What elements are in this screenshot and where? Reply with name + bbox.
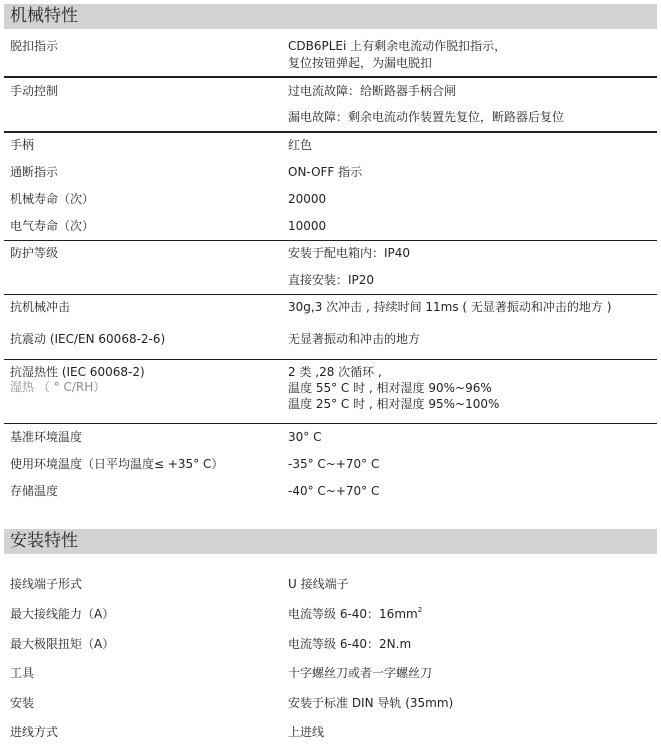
value-manual-control-line2: 漏电故障：剩余电流动作装置先复位，断路器后复位 — [288, 109, 564, 125]
value-operating-temperature: -35° C~+70° C — [288, 456, 379, 472]
value-trip-indication-line2: 复位按钮弹起，为漏电脱扣 — [288, 55, 432, 71]
sublabel-damp-heat: 湿热 （ ° C/RH） — [10, 379, 105, 395]
label-reference-temperature: 基准环境温度 — [10, 429, 82, 445]
value-handle: 红色 — [288, 137, 312, 153]
label-storage-temperature: 存储温度 — [10, 483, 58, 499]
label-manual-control: 手动控制 — [10, 83, 58, 99]
row-divider — [4, 240, 657, 241]
value-storage-temperature: -40° C~+70° C — [288, 483, 379, 499]
value-terminal-type: U 接线端子 — [288, 576, 349, 592]
label-trip-indication: 脱扣指示 — [10, 38, 58, 54]
value-incoming-method: 上进线 — [288, 724, 324, 740]
label-max-torque: 最大极限扭矩（A） — [10, 636, 114, 652]
value-mechanical-life: 20000 — [288, 191, 326, 207]
label-tool: 工具 — [10, 665, 34, 681]
value-protection-rating-line2: 直接安装：IP20 — [288, 272, 374, 288]
label-damp-heat-resistance: 抗湿热性 (IEC 60068-2) — [10, 364, 145, 380]
value-tool: 十字螺丝刀或者一字螺丝刀 — [288, 665, 432, 681]
section-header-installation: 安装特性 — [4, 529, 657, 554]
value-trip-indication-line1: CDB6PLEi 上有剩余电流动作脱扣指示， — [288, 38, 506, 54]
superscript-squared: 2 — [418, 606, 422, 614]
label-mounting: 安装 — [10, 695, 34, 711]
value-protection-rating-line1: 安装于配电箱内：IP40 — [288, 245, 410, 261]
value-max-wiring-capacity: 电流等级 6-40：16mm2 — [288, 606, 422, 622]
value-max-torque: 电流等级 6-40：2N.m — [288, 636, 411, 652]
label-protection-rating: 防护等级 — [10, 245, 58, 261]
label-terminal-type: 接线端子形式 — [10, 576, 82, 592]
row-divider — [4, 131, 657, 133]
value-vibration-resistance: 无显著振动和冲击的地方 — [288, 331, 420, 347]
label-vibration-resistance: 抗震动 (IEC/EN 60068-2-6) — [10, 331, 165, 347]
label-mechanical-life: 机械寿命（次） — [10, 191, 94, 207]
label-shock-resistance: 抗机械冲击 — [10, 299, 70, 315]
value-electrical-life: 10000 — [288, 218, 326, 234]
section-header-mechanical: 机械特性 — [4, 4, 657, 29]
row-divider — [4, 423, 657, 424]
label-on-off-indication: 通断指示 — [10, 164, 58, 180]
row-divider — [4, 359, 657, 360]
label-handle: 手柄 — [10, 137, 34, 153]
value-on-off-indication: ON-OFF 指示 — [288, 164, 362, 180]
label-operating-temperature: 使用环境温度（日平均温度≤ +35° C） — [10, 456, 223, 472]
label-incoming-method: 进线方式 — [10, 724, 58, 740]
value-damp-heat-line3: 温度 25° C 时 , 相对湿度 95%~100% — [288, 396, 499, 412]
value-max-wiring-capacity-text: 电流等级 6-40：16mm — [288, 607, 418, 621]
row-divider — [4, 76, 657, 78]
value-reference-temperature: 30° C — [288, 429, 321, 445]
value-shock-resistance: 30g,3 次冲击 , 持续时间 11ms ( 无显著振动和冲击的地方 ) — [288, 299, 611, 315]
value-damp-heat-line2: 温度 55° C 时 , 相对湿度 90%~96% — [288, 380, 492, 396]
value-mounting: 安装于标准 DIN 导轨 (35mm) — [288, 695, 453, 711]
row-divider — [4, 294, 657, 295]
value-manual-control-line1: 过电流故障：给断路器手柄合闸 — [288, 83, 456, 99]
label-max-wiring-capacity: 最大接线能力（A） — [10, 606, 114, 622]
label-electrical-life: 电气寿命（次） — [10, 218, 94, 234]
value-damp-heat-line1: 2 类 ,28 次循环 , — [288, 364, 382, 380]
